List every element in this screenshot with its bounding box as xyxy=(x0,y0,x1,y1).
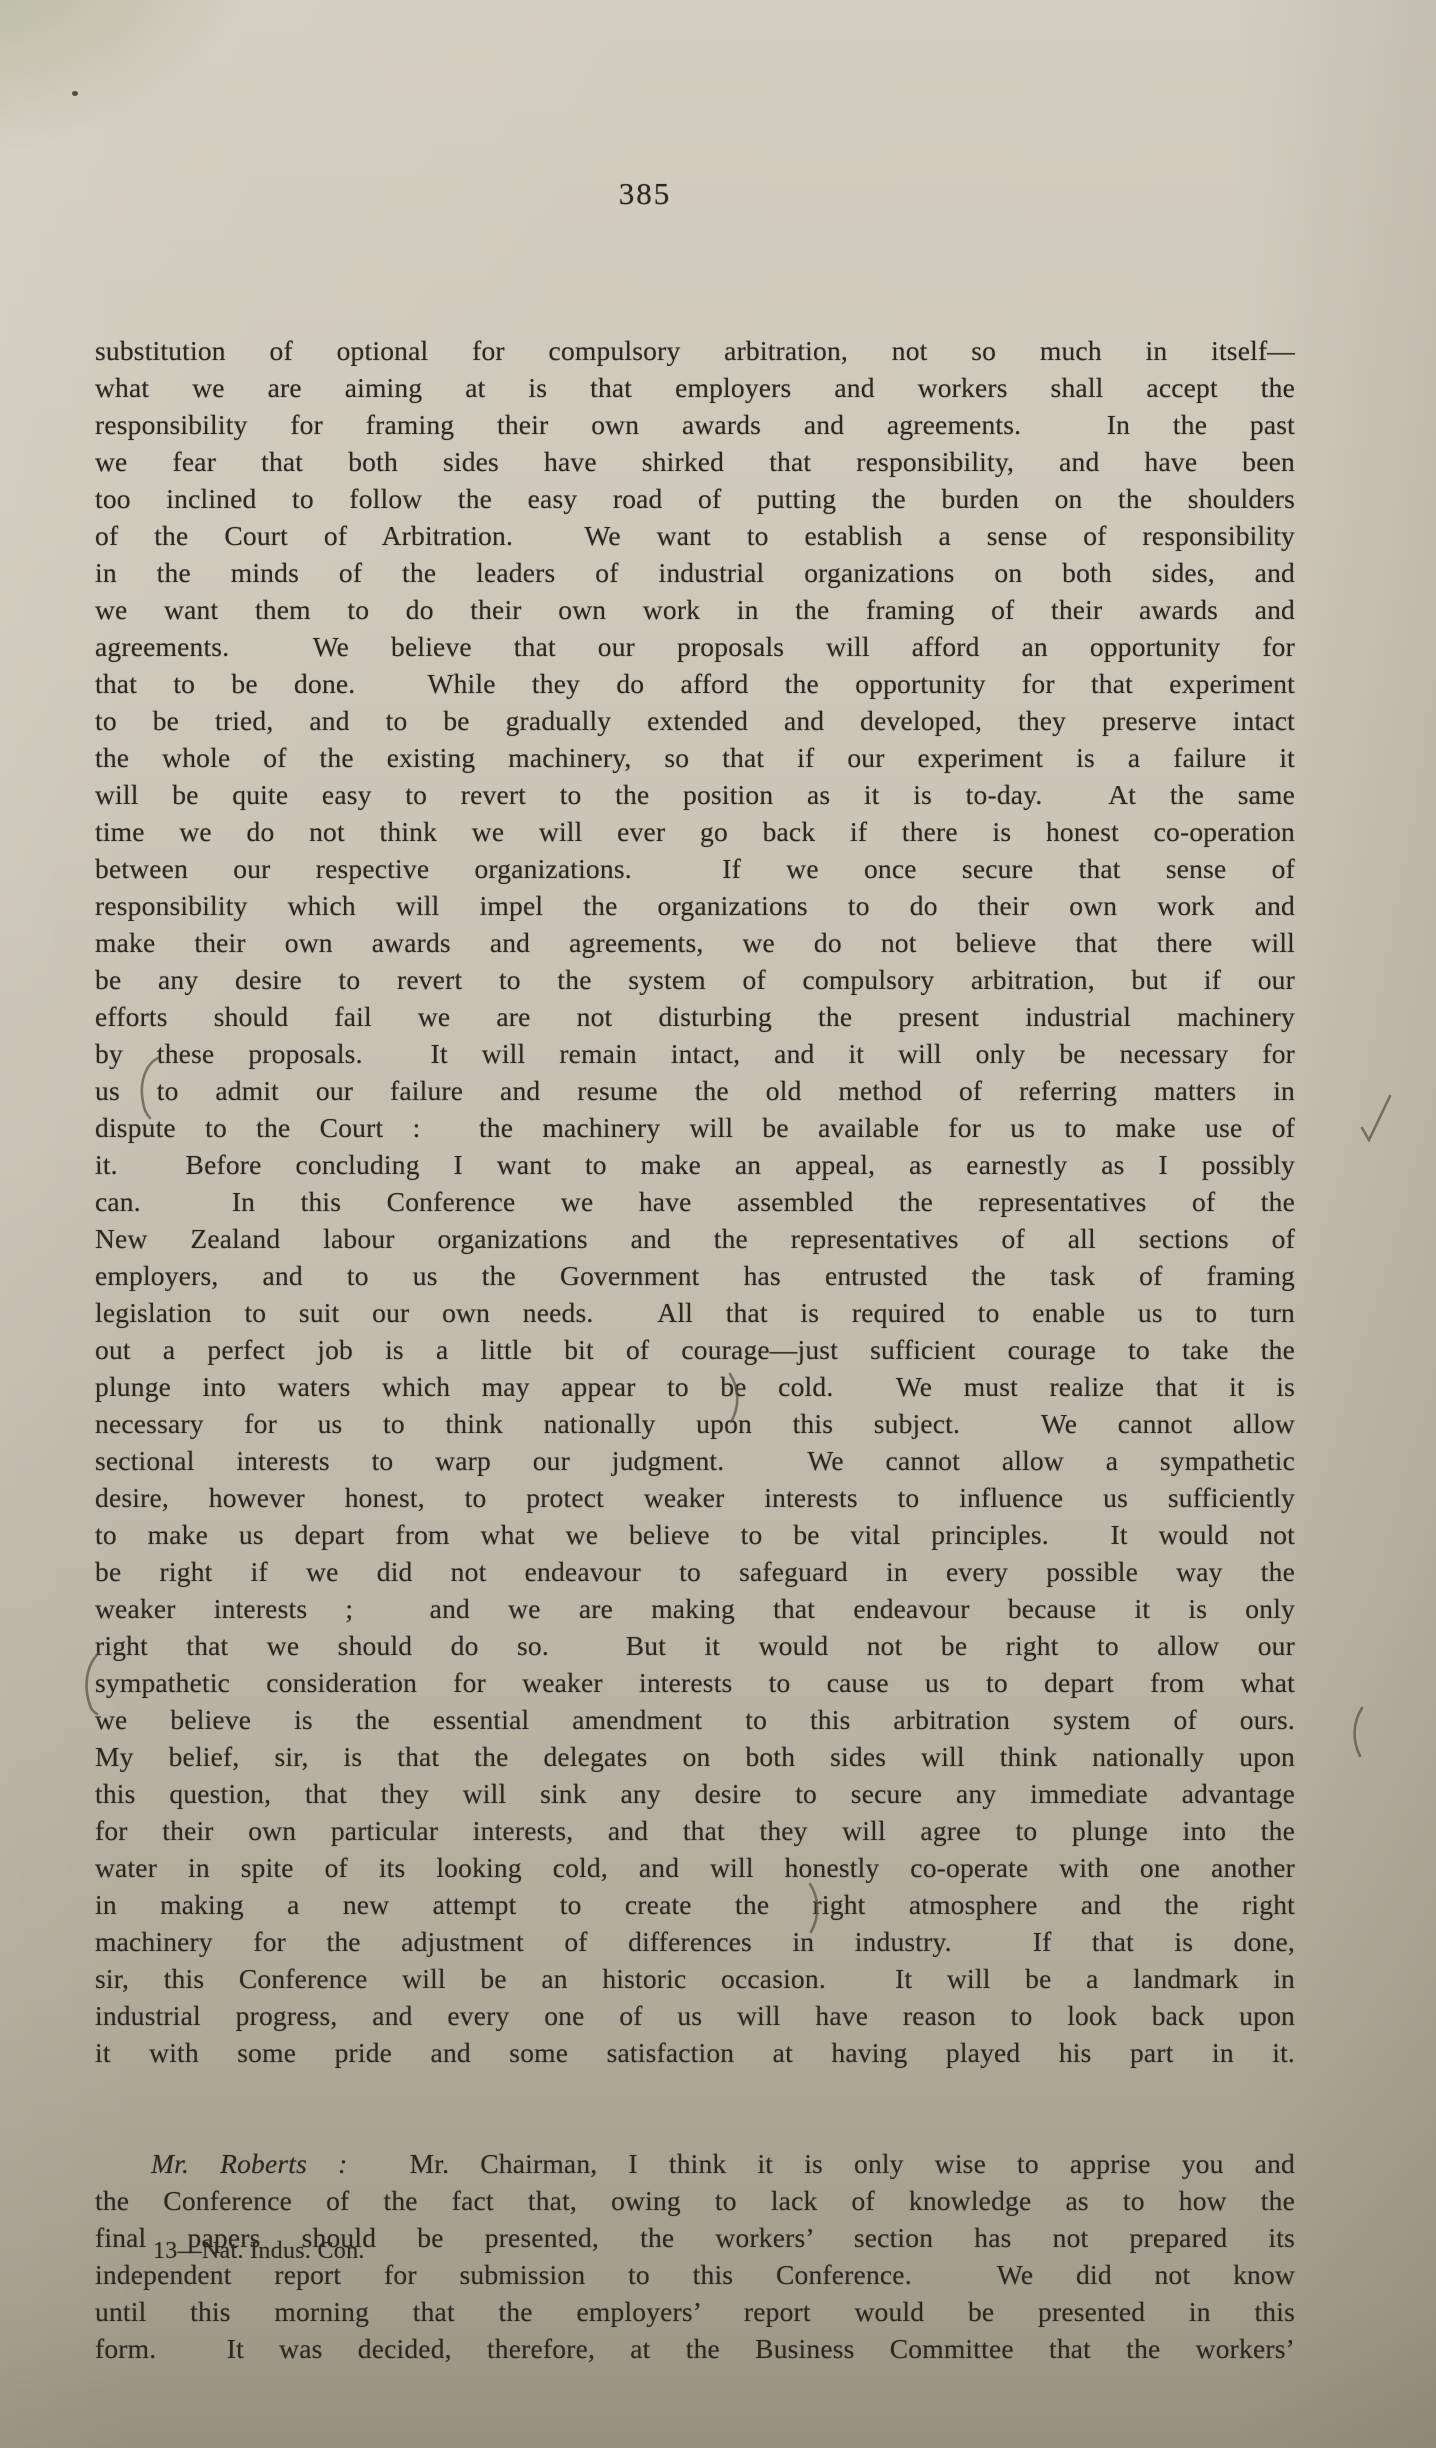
scanned-book-page: 385 substitution of optional for compuls… xyxy=(0,0,1436,2448)
speaker-name: Mr. Roberts : xyxy=(151,2148,347,2179)
page-text-block: substitution of optional for compulsory … xyxy=(95,258,1295,2441)
pencil-checkmark-right-margin xyxy=(1356,1090,1396,1144)
page-number: 385 xyxy=(95,176,1195,212)
printer-signature: 13—Nat. Indus. Con. xyxy=(153,2238,365,2265)
paragraph-continuation: substitution of optional for compulsory … xyxy=(95,332,1295,2071)
pencil-open-paren-right-margin xyxy=(1348,1706,1366,1758)
ink-speck xyxy=(72,91,78,96)
